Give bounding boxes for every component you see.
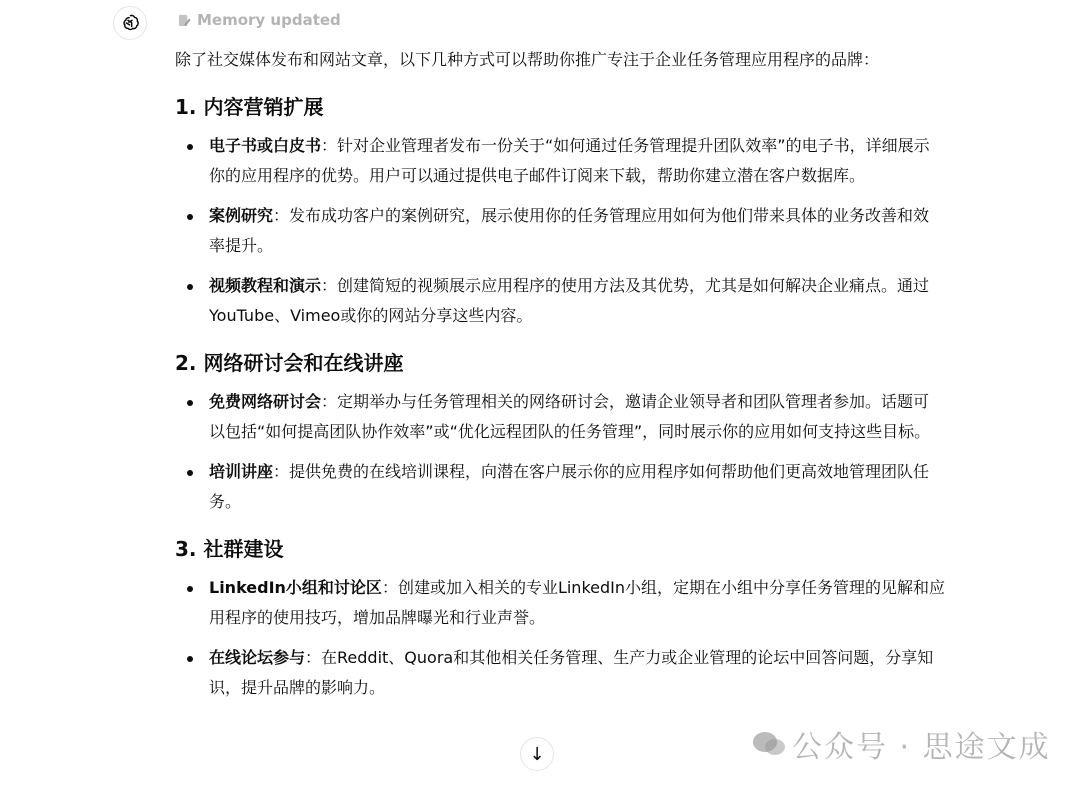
item-title: 案例研究 [209,206,273,225]
item-title: LinkedIn小组和讨论区 [209,578,382,597]
watermark: 公众号 · 思途文成 [752,722,1051,766]
section-heading: 1. 内容营销扩展 [175,93,945,121]
scroll-to-bottom-button[interactable]: ↓ [520,737,554,771]
memory-updated-status[interactable]: Memory updated [178,11,341,29]
item-title: 培训讲座 [209,462,273,481]
list-item: 视频教程和演示：创建简短的视频展示应用程序的使用方法及其优势，尤其是如何解决企业… [209,271,945,331]
list-item: 电子书或白皮书：针对企业管理者发布一份关于“如何通过任务管理提升团队效率”的电子… [209,131,945,191]
item-title: 在线论坛参与 [209,648,305,667]
list-item: 培训讲座：提供免费的在线培训课程，向潜在客户展示你的应用程序如何帮助他们更高效地… [209,457,945,517]
intro-paragraph: 除了社交媒体发布和网站文章，以下几种方式可以帮助你推广专注于企业任务管理应用程序… [175,45,945,75]
section-heading: 2. 网络研讨会和在线讲座 [175,349,945,377]
item-text: ：提供免费的在线培训课程，向潜在客户展示你的应用程序如何帮助他们更高效地管理团队… [209,462,929,511]
section-heading: 3. 社群建设 [175,535,945,563]
section-list: LinkedIn小组和讨论区：创建或加入相关的专业LinkedIn小组，定期在小… [175,573,945,703]
list-item: LinkedIn小组和讨论区：创建或加入相关的专业LinkedIn小组，定期在小… [209,573,945,633]
section-list: 电子书或白皮书：针对企业管理者发布一份关于“如何通过任务管理提升团队效率”的电子… [175,131,945,331]
list-item: 在线论坛参与：在Reddit、Quora和其他相关任务管理、生产力或企业管理的论… [209,643,945,703]
arrow-down-icon: ↓ [529,744,544,765]
item-title: 电子书或白皮书 [209,136,321,155]
openai-logo-icon [120,13,140,33]
item-title: 视频教程和演示 [209,276,321,295]
watermark-text: 公众号 · 思途文成 [792,722,1051,766]
assistant-avatar [113,6,147,40]
memory-icon [178,14,191,27]
item-title: 免费网络研讨会 [209,392,321,411]
item-text: ：在Reddit、Quora和其他相关任务管理、生产力或企业管理的论坛中回答问题… [209,648,933,697]
list-item: 免费网络研讨会：定期举办与任务管理相关的网络研讨会，邀请企业领导者和团队管理者参… [209,387,945,447]
section-list: 免费网络研讨会：定期举办与任务管理相关的网络研讨会，邀请企业领导者和团队管理者参… [175,387,945,517]
memory-status-label: Memory updated [197,11,341,29]
assistant-message: 除了社交媒体发布和网站文章，以下几种方式可以帮助你推广专注于企业任务管理应用程序… [175,45,945,713]
wechat-icon [752,730,786,758]
list-item: 案例研究：发布成功客户的案例研究，展示使用你的任务管理应用如何为他们带来具体的业… [209,201,945,261]
item-text: ：发布成功客户的案例研究，展示使用你的任务管理应用如何为他们带来具体的业务改善和… [209,206,929,255]
